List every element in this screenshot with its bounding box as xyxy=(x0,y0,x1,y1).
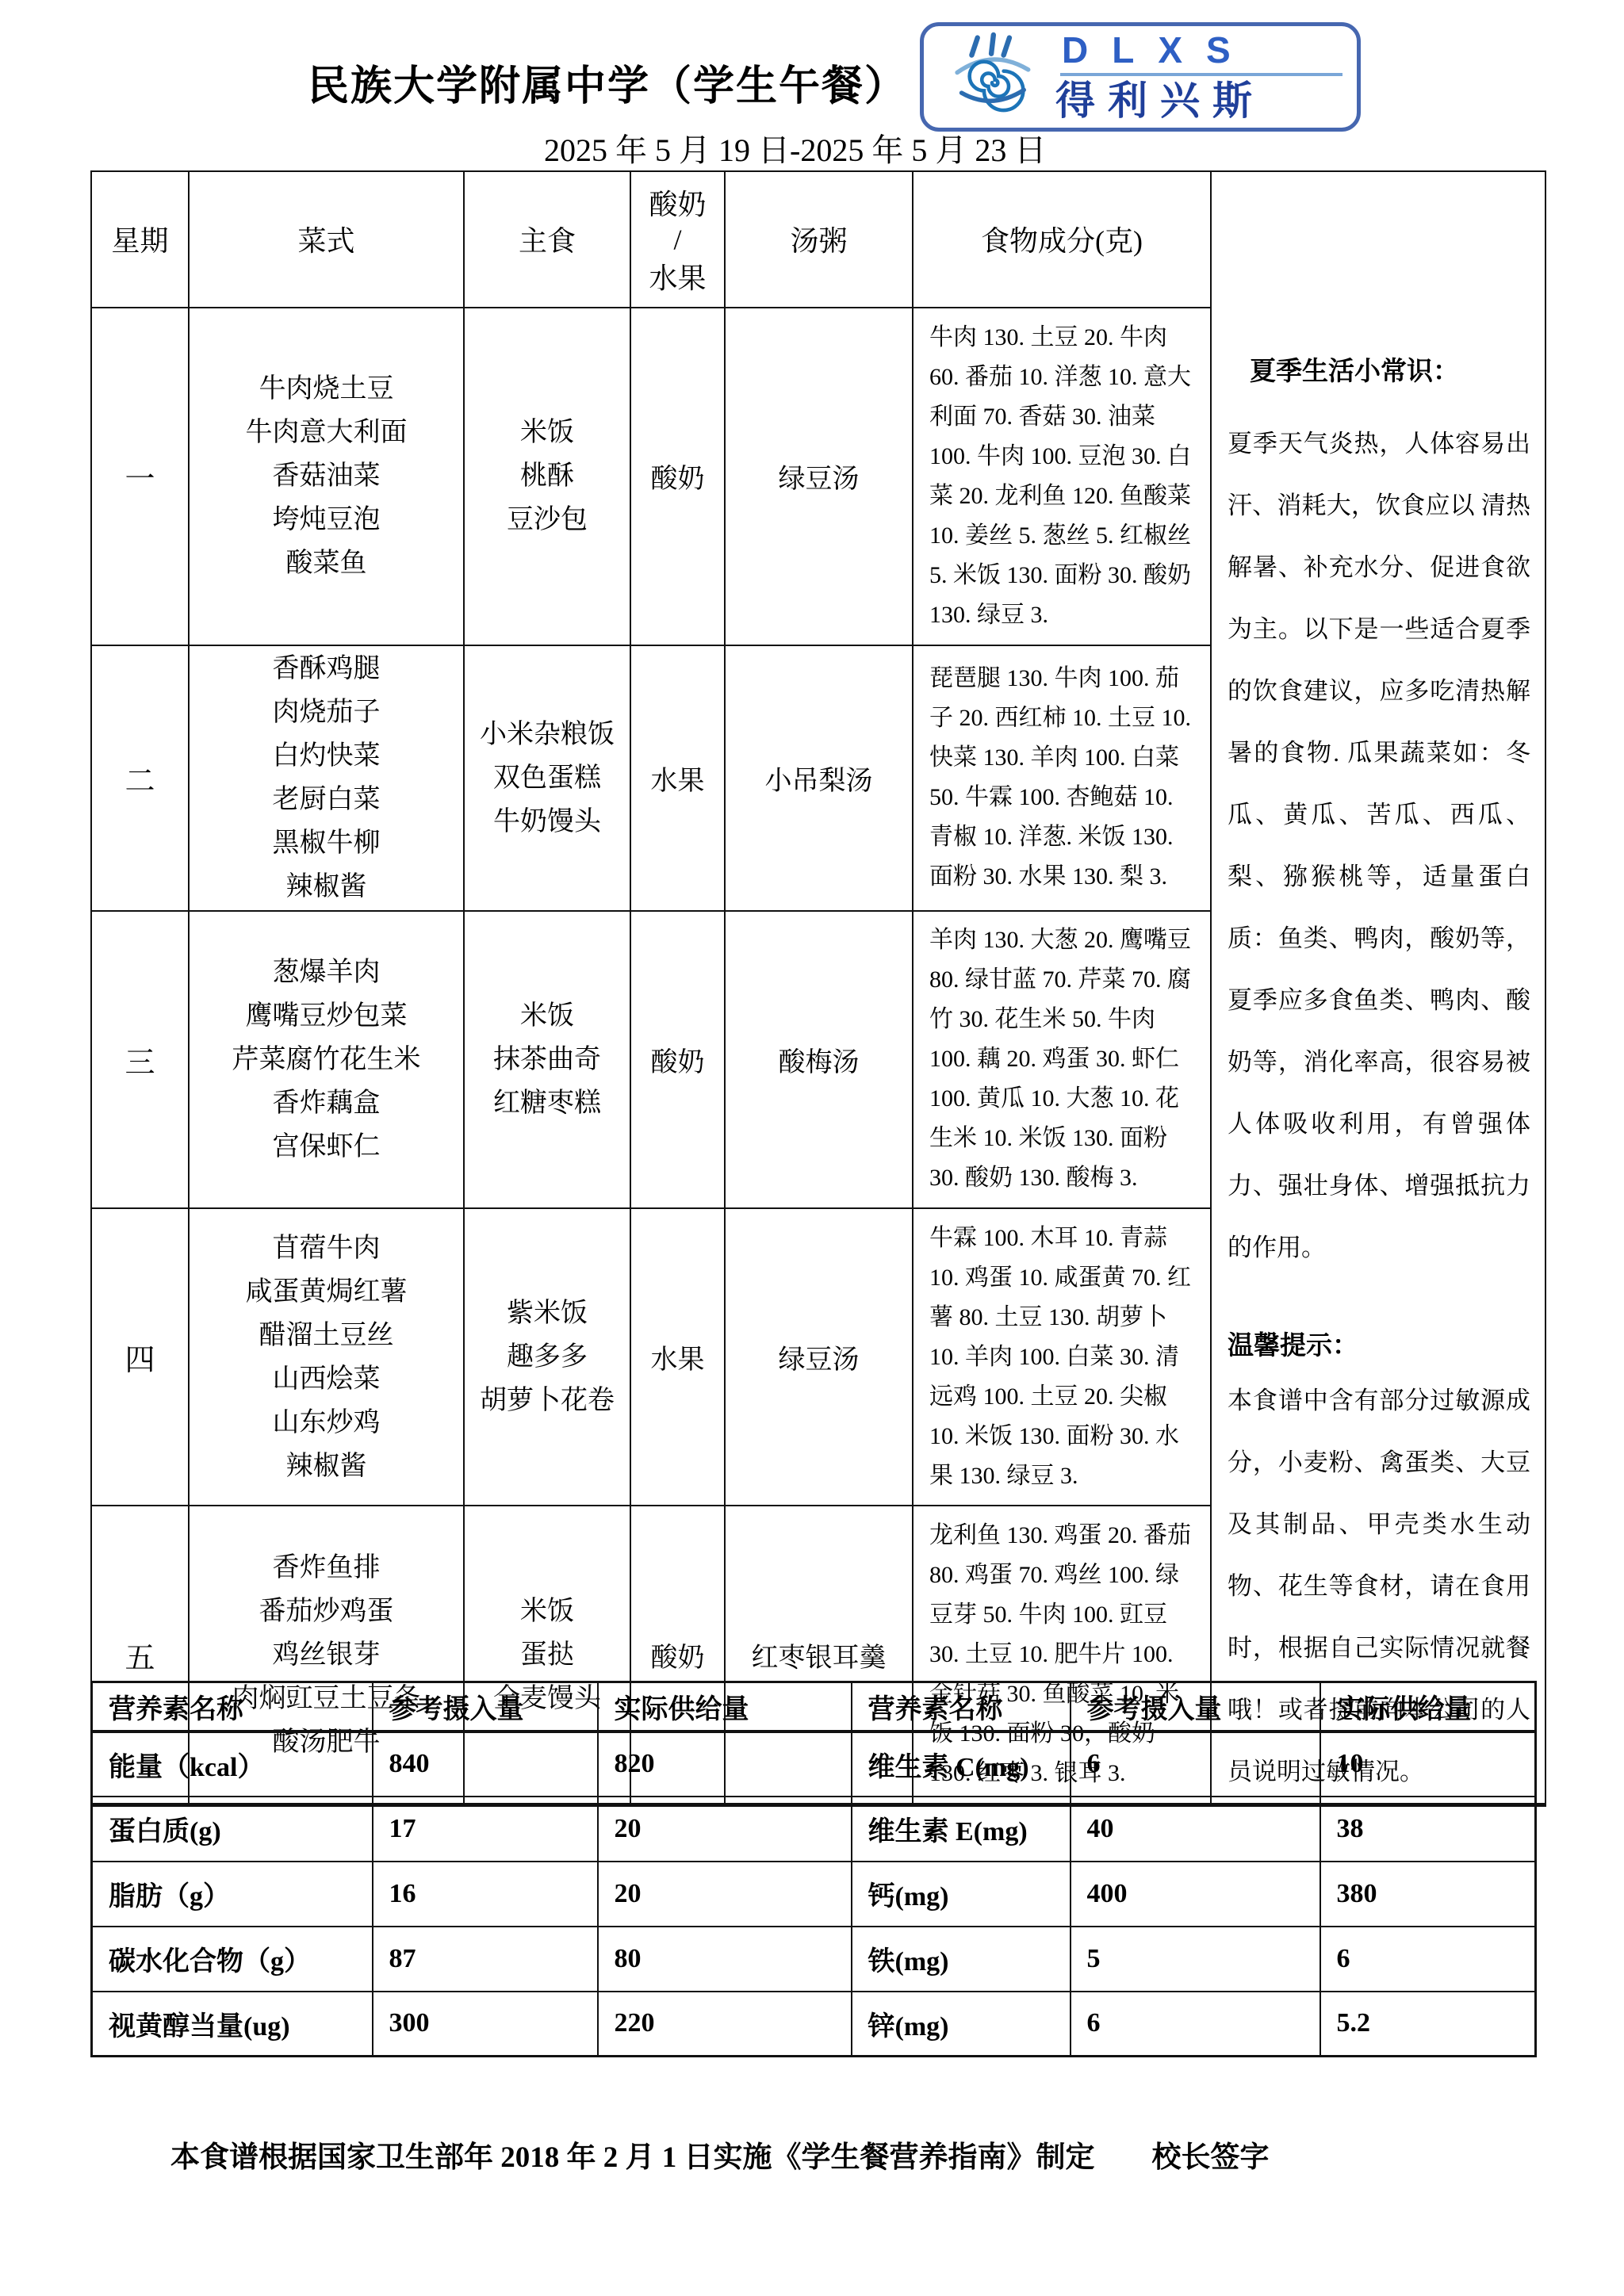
actual-supply: 20 xyxy=(598,1797,852,1862)
composition-text: 牛肉 130. 土豆 20. 牛肉 60. 番茄 10. 洋葱 10. 意大利面… xyxy=(913,310,1210,643)
dish: 苜蓿牛肉 xyxy=(190,1226,463,1270)
col-header-dairy-fruit: 酸奶 / 水果 xyxy=(630,171,725,308)
nutrient-name-header: 营养素名称 xyxy=(852,1682,1071,1732)
nutrient-name: 铁(mg) xyxy=(852,1927,1071,1992)
allergy-notice-title: 温馨提示： xyxy=(1228,1325,1530,1362)
dishes-cell: 牛肉烧土豆 牛肉意大利面 香菇油菜 垮炖豆泡 酸菜鱼 xyxy=(189,308,464,645)
dish: 酸菜鱼 xyxy=(190,541,463,585)
staple: 双色蛋糕 xyxy=(465,756,630,800)
dishes-cell: 香酥鸡腿 肉烧茄子 白灼快菜 老厨白菜 黑椒牛柳 辣椒酱 xyxy=(189,645,464,911)
actual-supply-header: 实际供给量 xyxy=(598,1682,852,1732)
staple: 胡萝卜花卷 xyxy=(465,1379,630,1422)
staple: 紫米饭 xyxy=(465,1291,630,1335)
composition-text: 羊肉 130. 大葱 20. 鹰嘴豆 80. 绿甘蓝 70. 芹菜 70. 腐竹… xyxy=(913,913,1210,1206)
reference-intake: 400 xyxy=(1071,1862,1320,1927)
dish: 辣椒酱 xyxy=(190,865,463,909)
page-title: 民族大学附属中学（学生午餐） xyxy=(308,52,907,112)
day-label: 一 xyxy=(91,308,189,645)
dish: 辣椒酱 xyxy=(190,1445,463,1488)
nutrient-name: 钙(mg) xyxy=(852,1862,1071,1927)
dish: 香炸鱼排 xyxy=(190,1546,463,1590)
eye-spiral-icon xyxy=(929,26,1055,128)
actual-supply-header: 实际供给量 xyxy=(1320,1682,1536,1732)
reference-intake: 40 xyxy=(1071,1797,1320,1862)
actual-supply: 5.2 xyxy=(1320,1992,1536,2057)
composition-text: 琵琶腿 130. 牛肉 100. 茄子 20. 西红柿 10. 土豆 10. 快… xyxy=(913,651,1210,905)
dish: 芹菜腐竹花生米 xyxy=(190,1038,463,1081)
composition-cell: 羊肉 130. 大葱 20. 鹰嘴豆 80. 绿甘蓝 70. 芹菜 70. 腐竹… xyxy=(913,911,1211,1208)
logo-letters: DLXS xyxy=(1062,32,1254,68)
staple: 桃酥 xyxy=(465,454,630,498)
col-header-week: 星期 xyxy=(91,171,189,308)
nutrient-name: 维生素 C(mg) xyxy=(852,1732,1071,1797)
actual-supply: 220 xyxy=(598,1992,852,2057)
dairy-fruit-cell: 水果 xyxy=(630,1208,725,1506)
dish: 垮炖豆泡 xyxy=(190,498,463,541)
dish: 宫保虾仁 xyxy=(190,1125,463,1169)
staples-cell: 小米杂粮饭 双色蛋糕 牛奶馒头 xyxy=(464,645,630,911)
dish: 白灼快菜 xyxy=(190,734,463,778)
dairy-header-line: / xyxy=(631,223,724,256)
reference-intake: 840 xyxy=(373,1732,598,1797)
composition-cell: 琵琶腿 130. 牛肉 100. 茄子 20. 西红柿 10. 土豆 10. 快… xyxy=(913,645,1211,911)
dairy-fruit-cell: 酸奶 xyxy=(630,911,725,1208)
actual-supply: 380 xyxy=(1320,1862,1536,1927)
staples-cell: 米饭 抹茶曲奇 红糖枣糕 xyxy=(464,911,630,1208)
dish: 肉烧茄子 xyxy=(190,691,463,734)
staples-cell: 米饭 桃酥 豆沙包 xyxy=(464,308,630,645)
reference-intake: 17 xyxy=(373,1797,598,1862)
staples-cell: 紫米饭 趣多多 胡萝卜花卷 xyxy=(464,1208,630,1506)
actual-supply: 6 xyxy=(1320,1927,1536,1992)
reference-intake: 300 xyxy=(373,1992,598,2057)
soup-cell: 绿豆汤 xyxy=(725,1208,913,1506)
nutrition-row: 蛋白质(g) 17 20 维生素 E(mg) 40 38 xyxy=(92,1797,1536,1862)
staple: 米饭 xyxy=(465,1590,630,1633)
nutrient-name: 能量（kcal） xyxy=(92,1732,373,1797)
nutrition-row: 脂肪（g） 16 20 钙(mg) 400 380 xyxy=(92,1862,1536,1927)
summer-tips-body: 夏季天气炎热，人体容易出汗、消耗大，饮食应以 清热解暑、补充水分、促进食欲为主。… xyxy=(1228,413,1530,1279)
soup-cell: 酸梅汤 xyxy=(725,911,913,1208)
dishes-cell: 葱爆羊肉 鹰嘴豆炒包菜 芹菜腐竹花生米 香炸藕盒 宫保虾仁 xyxy=(189,911,464,1208)
footer-note-line: 本食谱根据国家卫生部年 2018 年 2 月 1 日实施《学生餐营养指南》制定校… xyxy=(170,2133,1270,2175)
col-header-dishes: 菜式 xyxy=(189,171,464,308)
dish: 山东炒鸡 xyxy=(190,1401,463,1445)
reference-intake: 6 xyxy=(1071,1992,1320,2057)
col-header-staple: 主食 xyxy=(464,171,630,308)
composition-cell: 牛肉 130. 土豆 20. 牛肉 60. 番茄 10. 洋葱 10. 意大利面… xyxy=(913,308,1211,645)
summer-tips-title: 夏季生活小常识： xyxy=(1250,350,1530,388)
sidebar-content: 夏季生活小常识： 夏季天气炎热，人体容易出汗、消耗大，饮食应以 清热解暑、补充水… xyxy=(1212,350,1545,1803)
nutrient-name: 视黄醇当量(ug) xyxy=(92,1992,373,2057)
nutrition-row: 碳水化合物（g） 87 80 铁(mg) 5 6 xyxy=(92,1927,1536,1992)
dish: 葱爆羊肉 xyxy=(190,951,463,994)
nutrient-name: 维生素 E(mg) xyxy=(852,1797,1071,1862)
company-logo: DLXS 得利兴斯 xyxy=(920,22,1361,132)
guideline-note: 本食谱根据国家卫生部年 2018 年 2 月 1 日实施《学生餐营养指南》制定 xyxy=(170,2141,1095,2174)
dish: 番茄炒鸡蛋 xyxy=(190,1590,463,1633)
date-range: 2025 年 5 月 19 日-2025 年 5 月 23 日 xyxy=(544,125,1046,170)
staple: 豆沙包 xyxy=(465,498,630,541)
reference-intake: 16 xyxy=(373,1862,598,1927)
sidebar-cell: 夏季生活小常识： 夏季天气炎热，人体容易出汗、消耗大，饮食应以 清热解暑、补充水… xyxy=(1211,171,1545,1805)
soup-cell: 绿豆汤 xyxy=(725,308,913,645)
dish: 香菇油菜 xyxy=(190,454,463,498)
reference-intake-header: 参考摄入量 xyxy=(373,1682,598,1732)
composition-cell: 牛霖 100. 木耳 10. 青蒜 10. 鸡蛋 10. 咸蛋黄 70. 红薯 … xyxy=(913,1208,1211,1506)
dishes-cell: 苜蓿牛肉 咸蛋黄焗红薯 醋溜土豆丝 山西烩菜 山东炒鸡 辣椒酱 xyxy=(189,1208,464,1506)
dish: 鹰嘴豆炒包菜 xyxy=(190,994,463,1038)
nutrient-name: 脂肪（g） xyxy=(92,1862,373,1927)
dairy-fruit-cell: 水果 xyxy=(630,645,725,911)
dish: 鸡丝银芽 xyxy=(190,1633,463,1677)
dairy-fruit-cell: 酸奶 xyxy=(630,308,725,645)
nutrition-table: 营养素名称 参考摄入量 实际供给量 营养素名称 参考摄入量 实际供给量 能量（k… xyxy=(90,1681,1537,2057)
nutrition-row: 视黄醇当量(ug) 300 220 锌(mg) 6 5.2 xyxy=(92,1992,1536,2057)
col-header-soup: 汤粥 xyxy=(725,171,913,308)
col-header-composition: 食物成分(克) xyxy=(913,171,1211,308)
soup-cell: 小吊梨汤 xyxy=(725,645,913,911)
dairy-header-line: 水果 xyxy=(631,256,724,297)
staple: 牛奶馒头 xyxy=(465,800,630,844)
actual-supply: 20 xyxy=(598,1862,852,1927)
dairy-header-line: 酸奶 xyxy=(631,182,724,223)
staple: 小米杂粮饭 xyxy=(465,713,630,756)
nutrient-name: 锌(mg) xyxy=(852,1992,1071,2057)
dish: 咸蛋黄焗红薯 xyxy=(190,1270,463,1314)
dish: 牛肉意大利面 xyxy=(190,411,463,454)
composition-text: 牛霖 100. 木耳 10. 青蒜 10. 鸡蛋 10. 咸蛋黄 70. 红薯 … xyxy=(913,1211,1210,1504)
nutrition-row: 能量（kcal） 840 820 维生素 C(mg) 6 10 xyxy=(92,1732,1536,1797)
actual-supply: 10 xyxy=(1320,1732,1536,1797)
reference-intake: 6 xyxy=(1071,1732,1320,1797)
nutrient-name: 碳水化合物（g） xyxy=(92,1927,373,1992)
logo-underline xyxy=(1060,73,1342,76)
staple: 米饭 xyxy=(465,411,630,454)
dish: 山西烩菜 xyxy=(190,1357,463,1401)
nutrient-name: 蛋白质(g) xyxy=(92,1797,373,1862)
staple: 红糖枣糕 xyxy=(465,1081,630,1125)
staple: 抹茶曲奇 xyxy=(465,1038,630,1081)
dish: 醋溜土豆丝 xyxy=(190,1314,463,1357)
principal-signature-label: 校长签字 xyxy=(1152,2141,1270,2174)
document-page: 民族大学附属中学（学生午餐） 2025 年 5 月 19 日-2025 年 5 … xyxy=(0,0,1624,2296)
staple: 趣多多 xyxy=(465,1335,630,1379)
staple: 米饭 xyxy=(465,994,630,1038)
day-label: 三 xyxy=(91,911,189,1208)
logo-text-block: DLXS 得利兴斯 xyxy=(1055,32,1357,123)
nutrient-name-header: 营养素名称 xyxy=(92,1682,373,1732)
reference-intake-header: 参考摄入量 xyxy=(1071,1682,1320,1732)
dish: 黑椒牛柳 xyxy=(190,821,463,865)
logo-company-name: 得利兴斯 xyxy=(1055,79,1265,123)
dish: 老厨白菜 xyxy=(190,778,463,821)
actual-supply: 38 xyxy=(1320,1797,1536,1862)
staple: 蛋挞 xyxy=(465,1633,630,1677)
actual-supply: 80 xyxy=(598,1927,852,1992)
weekly-menu-table: 星期 菜式 主食 酸奶 / 水果 汤粥 食物成分(克) 夏季生活小常识： 夏季天… xyxy=(90,170,1546,1807)
day-label: 四 xyxy=(91,1208,189,1506)
actual-supply: 820 xyxy=(598,1732,852,1797)
reference-intake: 87 xyxy=(373,1927,598,1992)
dish: 香酥鸡腿 xyxy=(190,647,463,691)
dish: 牛肉烧土豆 xyxy=(190,367,463,411)
day-label: 二 xyxy=(91,645,189,911)
reference-intake: 5 xyxy=(1071,1927,1320,1992)
dish: 香炸藕盒 xyxy=(190,1081,463,1125)
